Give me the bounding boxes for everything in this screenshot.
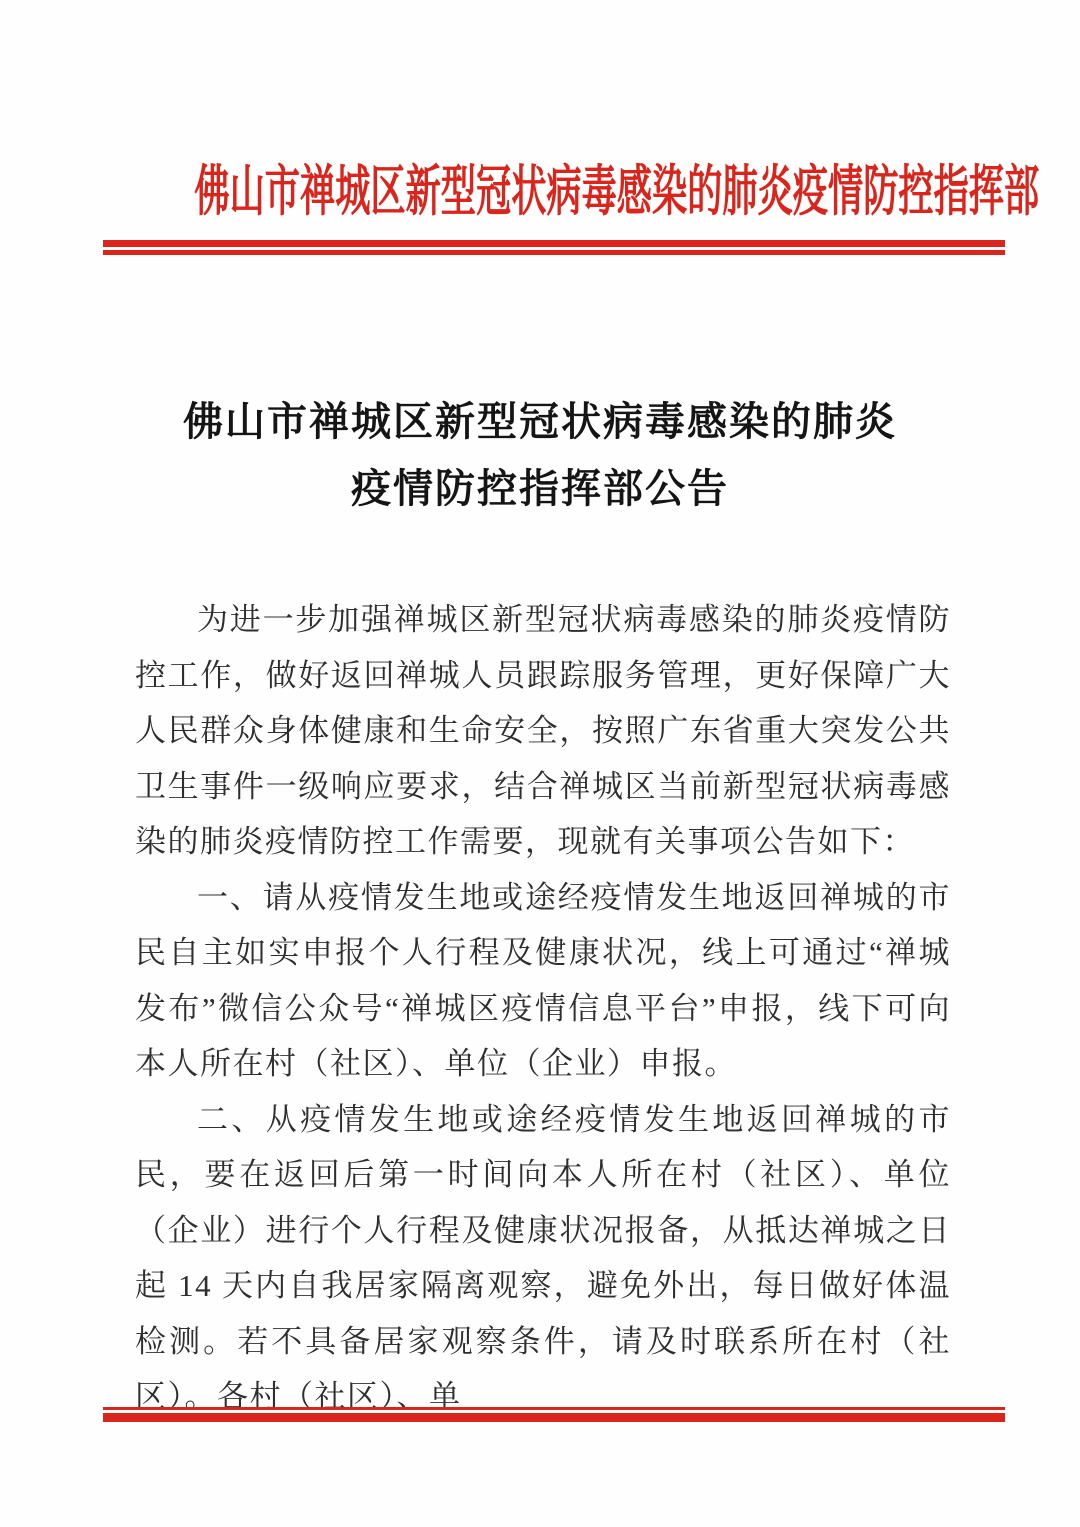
letterhead-org-name: 佛山市禅城区新型冠状病毒感染的肺炎疫情防控指挥部	[194, 156, 885, 228]
letterhead-divider-thin-line	[103, 250, 1005, 255]
notice-title: 佛山市禅城区新型冠状病毒感染的肺炎 疫情防控指挥部公告	[0, 388, 1080, 522]
notice-title-line-1: 佛山市禅城区新型冠状病毒感染的肺炎	[0, 388, 1080, 455]
official-notice-page: 佛山市禅城区新型冠状病毒感染的肺炎疫情防控指挥部 佛山市禅城区新型冠状病毒感染的…	[0, 0, 1080, 1527]
footer-divider-thick-line	[103, 1413, 1005, 1422]
letterhead-divider	[103, 240, 1005, 255]
footer-divider	[103, 1407, 1005, 1422]
paragraph-item-two: 二、从疫情发生地或途经疫情发生地返回禅城的市民，要在返回后第一时间向本人所在村（…	[135, 1092, 951, 1425]
notice-body: 为进一步加强禅城区新型冠状病毒感染的肺炎疫情防控工作，做好返回禅城人员跟踪服务管…	[135, 592, 951, 1425]
notice-title-line-2: 疫情防控指挥部公告	[0, 455, 1080, 522]
paragraph-preamble: 为进一步加强禅城区新型冠状病毒感染的肺炎疫情防控工作，做好返回禅城人员跟踪服务管…	[135, 592, 951, 870]
paragraph-item-one: 一、请从疫情发生地或途经疫情发生地返回禅城的市民自主如实申报个人行程及健康状况，…	[135, 870, 951, 1092]
letterhead-divider-thick-line	[103, 240, 1005, 247]
